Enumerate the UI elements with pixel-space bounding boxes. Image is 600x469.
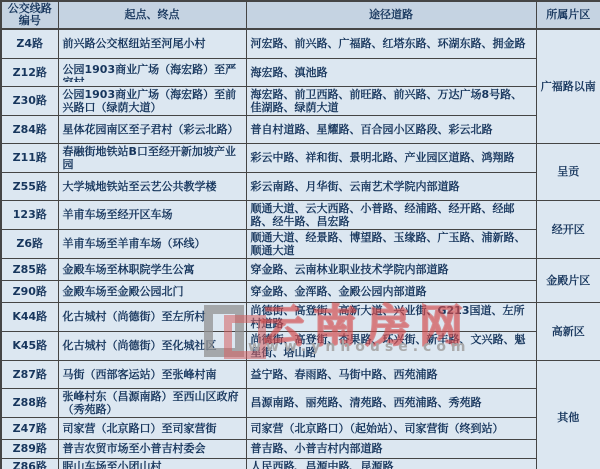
bus-routes-table-page: 公交线路编号 起点、终点 途径道路 所属片区 Z4路 前兴路公交枢纽站至河尾小村…	[0, 0, 600, 469]
endpoints-cell: 前兴路公交枢纽站至河尾小村	[58, 29, 246, 58]
endpoints-cell: 公园1903商业广场（海宏路）至严家村	[58, 58, 246, 86]
table-row: Z87路 马街（西部客运站）至张峰村南 益宁路、春雨路、马街中路、西苑浦路 其他	[1, 360, 600, 388]
endpoints-cell: 金殿车场至金殿公园北门	[58, 280, 246, 302]
route-number-cell: Z85路	[1, 258, 58, 280]
roads-cell: 司家营（北京路口）（起始站）、司家营街（终到站）	[246, 417, 536, 439]
route-number-cell: Z89路	[1, 439, 58, 458]
route-number-cell: Z86路	[1, 458, 58, 469]
header-endpoints: 起点、终点	[58, 1, 246, 29]
district-cell: 高新区	[536, 302, 600, 360]
endpoints-cell: 马街（西部客运站）至张峰村南	[58, 360, 246, 388]
endpoints-cell: 羊甫车场至经开区车场	[58, 200, 246, 229]
endpoints-cell: 大学城地铁站至云艺公共教学楼	[58, 172, 246, 200]
roads-cell: 穿金路、云南林业职业技术学院内部道路	[246, 258, 536, 280]
roads-cell: 普吉路、小普吉村内部道路	[246, 439, 536, 458]
route-number-cell: Z55路	[1, 172, 58, 200]
table-row: Z12路 公园1903商业广场（海宏路）至严家村 海宏路、滇池路	[1, 58, 600, 86]
district-cell: 呈贡	[536, 143, 600, 200]
route-number-cell: Z47路	[1, 417, 58, 439]
roads-cell: 河宏路、前兴路、广福路、红塔东路、环湖东路、拥金路	[246, 29, 536, 58]
table-row: 123路 羊甫车场至经开区车场 顺通大道、云大西路、小普路、经浦路、经开路、经邮…	[1, 200, 600, 229]
roads-cell: 尚德街、高登街、杏果路、环兴街、新丰路、文兴路、魁星街、塔山路	[246, 331, 536, 360]
header-roads: 途径道路	[246, 1, 536, 29]
roads-cell: 彩云南路、月华街、云南艺术学院内部道路	[246, 172, 536, 200]
route-number-cell: Z87路	[1, 360, 58, 388]
endpoints-cell: 星体花园南区至子君村（彩云北路）	[58, 115, 246, 143]
district-cell: 其他	[536, 360, 600, 469]
route-number-cell: Z4路	[1, 29, 58, 58]
roads-cell: 穿金路、金浑路、金殿公园内部道路	[246, 280, 536, 302]
table-row: K45路 化古城村（尚德街）至化城社区 尚德街、高登街、杏果路、环兴街、新丰路、…	[1, 331, 600, 360]
table-row: Z6路 羊甫车场至羊甫车场（环线） 顺通大道、经景路、博望路、玉缘路、广玉路、浦…	[1, 229, 600, 258]
header-district: 所属片区	[536, 1, 600, 29]
route-number-cell: 123路	[1, 200, 58, 229]
roads-cell: 顺通大道、云大西路、小普路、经浦路、经开路、经邮路、经牛路、昌宏路	[246, 200, 536, 229]
route-number-cell: Z30路	[1, 86, 58, 115]
district-cell: 经开区	[536, 200, 600, 258]
endpoints-cell: 金殿车场至林职院学生公寓	[58, 258, 246, 280]
table-row: Z11路 春融街地铁站B口至经开新加坡产业园 彩云中路、祥和街、景明北路、产业园…	[1, 143, 600, 172]
table-row: Z84路 星体花园南区至子君村（彩云北路） 普自村道路、星耀路、百合园小区路段、…	[1, 115, 600, 143]
table-row: Z90路 金殿车场至金殿公园北门 穿金路、金浑路、金殿公园内部道路	[1, 280, 600, 302]
endpoints-cell: 眠山车场至小团山村	[58, 458, 246, 469]
table-header-row: 公交线路编号 起点、终点 途径道路 所属片区	[1, 1, 600, 29]
table-row: Z47路 司家营（北京路口）至司家营街 司家营（北京路口）（起始站）、司家营街（…	[1, 417, 600, 439]
table-row: Z88路 张峰村东（昌源南路）至西山区政府（秀苑路） 昌源南路、丽苑路、清苑路、…	[1, 388, 600, 417]
roads-cell: 普自村道路、星耀路、百合园小区路段、彩云北路	[246, 115, 536, 143]
district-cell: 金殿片区	[536, 258, 600, 302]
roads-cell: 海宏路、前卫西路、前旺路、前兴路、万达广场8号路、佳湖路、绿荫大道	[246, 86, 536, 115]
endpoints-cell: 普吉农贸市场至小普吉村委会	[58, 439, 246, 458]
roads-cell: 益宁路、春雨路、马街中路、西苑浦路	[246, 360, 536, 388]
roads-cell: 人民西路、昌源中路、昆源路	[246, 458, 536, 469]
header-route-number: 公交线路编号	[1, 1, 58, 29]
roads-cell: 尚德街、高登街、高新大道、兴业街、G213国道、左所村道路	[246, 302, 536, 331]
bus-routes-table: 公交线路编号 起点、终点 途径道路 所属片区 Z4路 前兴路公交枢纽站至河尾小村…	[0, 0, 600, 469]
route-number-cell: Z90路	[1, 280, 58, 302]
table-row: Z89路 普吉农贸市场至小普吉村委会 普吉路、小普吉村内部道路	[1, 439, 600, 458]
district-cell: 广福路以南	[536, 29, 600, 143]
route-number-cell: Z88路	[1, 388, 58, 417]
endpoints-cell: 化古城村（尚德街）至左所村	[58, 302, 246, 331]
route-number-cell: Z6路	[1, 229, 58, 258]
table-row: Z4路 前兴路公交枢纽站至河尾小村 河宏路、前兴路、广福路、红塔东路、环湖东路、…	[1, 29, 600, 58]
endpoints-cell: 公园1903商业广场（海宏路）至前兴路口（绿荫大道）	[58, 86, 246, 115]
route-number-cell: Z11路	[1, 143, 58, 172]
table-row: Z55路 大学城地铁站至云艺公共教学楼 彩云南路、月华街、云南艺术学院内部道路	[1, 172, 600, 200]
route-number-cell: Z84路	[1, 115, 58, 143]
endpoints-text: 公园1903商业广场（海宏路）至严家村	[63, 63, 242, 82]
roads-cell: 海宏路、滇池路	[246, 58, 536, 86]
table-row: Z86路 眠山车场至小团山村 人民西路、昌源中路、昆源路	[1, 458, 600, 469]
roads-cell: 彩云中路、祥和街、景明北路、产业园区道路、鸿翔路	[246, 143, 536, 172]
route-number-cell: Z12路	[1, 58, 58, 86]
endpoints-cell: 化古城村（尚德街）至化城社区	[58, 331, 246, 360]
route-number-cell: K44路	[1, 302, 58, 331]
route-number-cell: K45路	[1, 331, 58, 360]
table-row: Z30路 公园1903商业广场（海宏路）至前兴路口（绿荫大道） 海宏路、前卫西路…	[1, 86, 600, 115]
endpoints-cell: 张峰村东（昌源南路）至西山区政府（秀苑路）	[58, 388, 246, 417]
roads-cell: 昌源南路、丽苑路、清苑路、西苑浦路、秀苑路	[246, 388, 536, 417]
endpoints-cell: 羊甫车场至羊甫车场（环线）	[58, 229, 246, 258]
endpoints-cell: 司家营（北京路口）至司家营街	[58, 417, 246, 439]
endpoints-cell: 春融街地铁站B口至经开新加坡产业园	[58, 143, 246, 172]
roads-cell: 顺通大道、经景路、博望路、玉缘路、广玉路、浦新路、顺通大道	[246, 229, 536, 258]
table-row: K44路 化古城村（尚德街）至左所村 尚德街、高登街、高新大道、兴业街、G213…	[1, 302, 600, 331]
table-row: Z85路 金殿车场至林职院学生公寓 穿金路、云南林业职业技术学院内部道路 金殿片…	[1, 258, 600, 280]
